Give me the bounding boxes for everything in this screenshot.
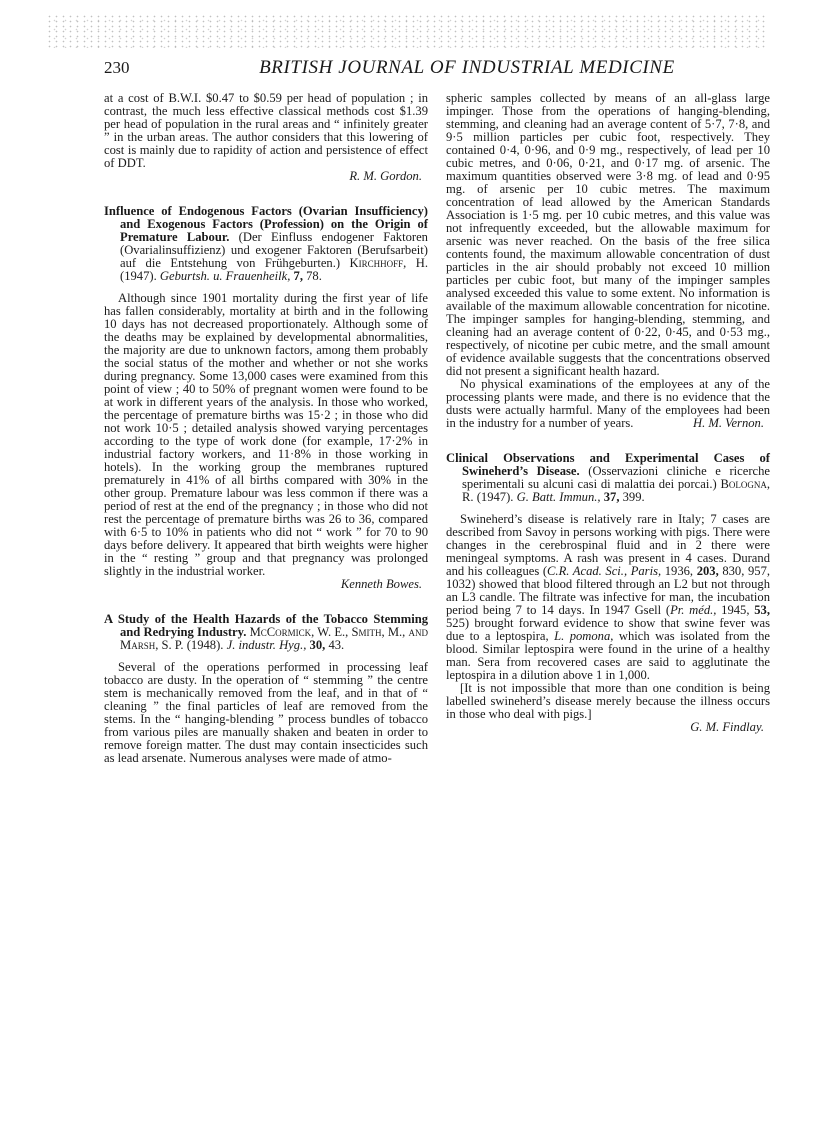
running-head: 230 BRITISH JOURNAL OF INDUSTRIAL MEDICI…: [104, 58, 770, 80]
article-heading: A Study of the Health Hazards of the Tob…: [104, 613, 428, 652]
scan-noise: [46, 14, 766, 48]
volume: 37,: [604, 490, 620, 504]
page-ref: 399.: [623, 490, 645, 504]
article-body: Several of the operations performed in p…: [104, 661, 428, 765]
volume: 7,: [294, 269, 303, 283]
page-ref: 43.: [328, 638, 344, 652]
citation-volume: 53,: [754, 603, 770, 617]
signature: Kenneth Bowes.: [104, 578, 422, 591]
citation-year: 1945,: [716, 603, 754, 617]
continuation-text: at a cost of B.W.I. $0.47 to $0.59 per h…: [104, 92, 428, 170]
article-heading: Influence of Endogenous Factors (Ovarian…: [104, 205, 428, 283]
page-ref: 78.: [306, 269, 322, 283]
species-name: L. pomona: [554, 629, 610, 643]
citation-journal: Pr. méd.,: [670, 603, 716, 617]
editorial-note: [It is not impossible that more than one…: [446, 682, 770, 721]
left-column: at a cost of B.W.I. $0.47 to $0.59 per h…: [104, 92, 428, 765]
volume: 30,: [310, 638, 326, 652]
article-body: Although since 1901 mortality during the…: [104, 292, 428, 578]
year: (1947).: [120, 269, 157, 283]
year: (1947).: [477, 490, 514, 504]
journal-name: J. industr. Hyg.,: [227, 638, 307, 652]
signature: R. M. Gordon.: [104, 170, 422, 183]
article-body-continued: spheric samples collected by means of an…: [446, 92, 770, 378]
citation-year: 1936,: [661, 564, 697, 578]
article-body: Swineherd’s disease is relatively rare i…: [446, 513, 770, 682]
citation-pages: 525): [446, 616, 469, 630]
signature: G. M. Findlay.: [446, 721, 764, 734]
journal-name: G. Batt. Immun.,: [517, 490, 601, 504]
journal-title: BRITISH JOURNAL OF INDUSTRIAL MEDICINE: [104, 57, 770, 79]
citation-volume: 203,: [697, 564, 719, 578]
article-heading: Clinical Observations and Experimental C…: [446, 452, 770, 504]
right-column: spheric samples collected by means of an…: [446, 92, 770, 734]
journal-name: Geburtsh. u. Frauenheilk,: [160, 269, 290, 283]
year: (1948).: [187, 638, 224, 652]
author: Kirchhoff, H.: [350, 256, 428, 270]
citation-journal: C.R. Acad. Sci., Paris,: [547, 564, 661, 578]
